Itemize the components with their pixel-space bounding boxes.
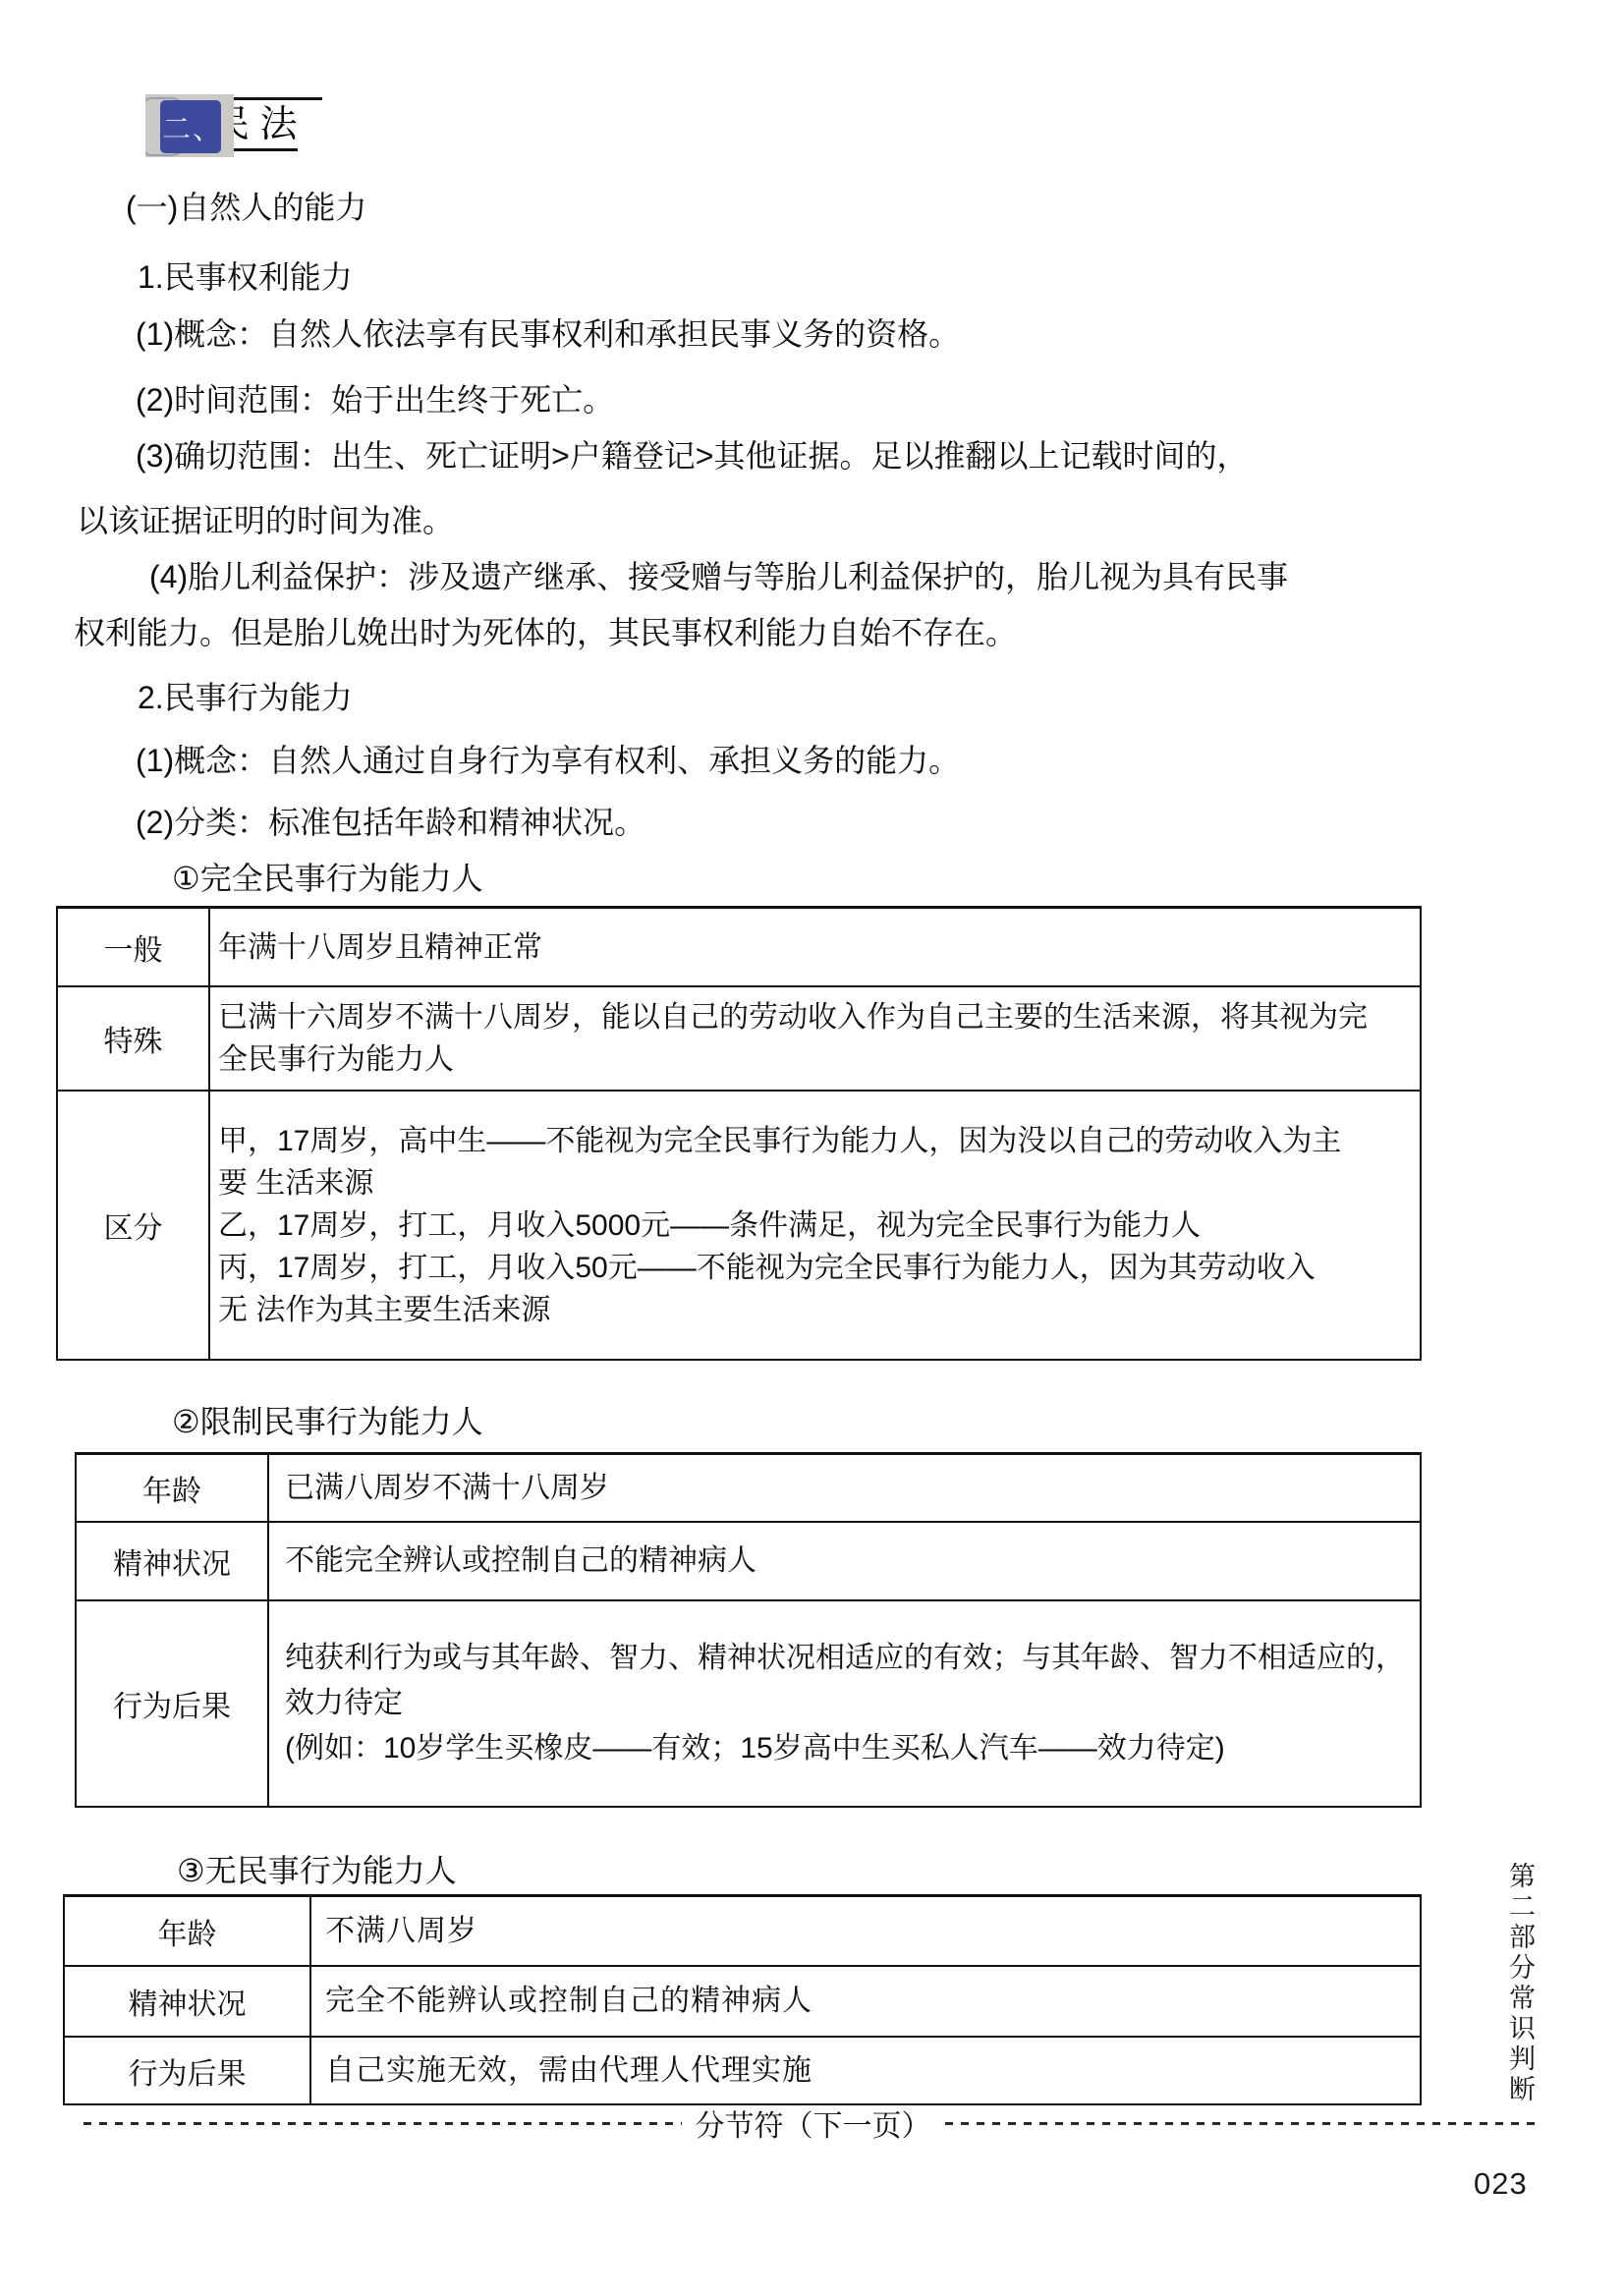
- para-conduct-classification: (2)分类：标准包括年龄和精神状况。: [136, 801, 645, 844]
- table-row: 年龄 不满八周岁: [65, 1897, 1420, 1965]
- table-no-row-mental-content: 完全不能辨认或控制自己的精神病人: [311, 1967, 1420, 2036]
- table-cell-line: 效力待定: [285, 1681, 403, 1726]
- table-cell-line: 甲，17周岁，高中生——不能视为完全民事行为能力人，因为没以自己的劳动收入为主: [218, 1120, 1341, 1162]
- table-limited-row-mental-content: 不能完全辨认或控制自己的精神病人: [269, 1523, 1420, 1599]
- table-row: 年龄 已满八周岁不满十八周岁: [77, 1455, 1420, 1521]
- table-cell-line: 不满八周岁: [325, 1910, 477, 1953]
- section-number-badge-label: 二、: [160, 100, 221, 153]
- table-cell-line: 全民事行为能力人: [218, 1038, 454, 1081]
- section-break-rule: 分节符（下一页）: [84, 2100, 1542, 2146]
- section-break-label: 分节符（下一页）: [696, 2101, 931, 2145]
- table-full-row-general-label: 一般: [58, 909, 210, 985]
- table-no-row-age-content: 不满八周岁: [311, 1897, 1420, 1965]
- para-exact-range-continuation: 以该证据证明的时间为准。: [77, 499, 454, 542]
- para-time-range: (2)时间范围：始于出生终于死亡。: [136, 378, 614, 421]
- table-no-row-mental-label: 精神状况: [65, 1967, 311, 2036]
- table-full-row-distinguish-label: 区分: [58, 1092, 210, 1359]
- table-cell-line: 乙，17周岁，打工，月收入5000元——条件满足，视为完全民事行为能力人: [218, 1204, 1201, 1247]
- table-row: 特殊 已满十六周岁不满十八周岁，能以自己的劳动收入作为自己主要的生活来源，将其视…: [58, 985, 1420, 1090]
- table-full-row-special-content: 已满十六周岁不满十八周岁，能以自己的劳动收入作为自己主要的生活来源，将其视为完全…: [210, 987, 1420, 1090]
- table-no-row-consequence-label: 行为后果: [65, 2038, 311, 2103]
- table-cell-line: 年满十八周岁且精神正常: [218, 926, 542, 969]
- table-row: 精神状况 不能完全辨认或控制自己的精神病人: [77, 1521, 1420, 1599]
- table-row: 一般 年满十八周岁且精神正常: [58, 909, 1420, 985]
- table-row: 行为后果 自己实施无效，需由代理人代理实施: [65, 2036, 1420, 2103]
- item-heading-no-capacity: ③无民事行为能力人: [177, 1849, 457, 1892]
- table-no-row-consequence-content: 自己实施无效，需由代理人代理实施: [311, 2038, 1420, 2103]
- table-cell-line: 自己实施无效，需由代理人代理实施: [325, 2049, 812, 2093]
- table-full-row-distinguish-content: 甲，17周岁，高中生——不能视为完全民事行为能力人，因为没以自己的劳动收入为主要…: [210, 1092, 1420, 1359]
- item-heading-full-capacity: ①完全民事行为能力人: [172, 857, 483, 900]
- para-exact-range: (3)确切范围：出生、死亡证明>户籍登记>其他证据。足以推翻以上记载时间的，: [136, 434, 1249, 477]
- table-full-capacity: 一般 年满十八周岁且精神正常 特殊 已满十六周岁不满十八周岁，能以自己的劳动收入…: [56, 906, 1422, 1361]
- table-limited-capacity: 年龄 已满八周岁不满十八周岁 精神状况 不能完全辨认或控制自己的精神病人 行为后…: [75, 1452, 1422, 1808]
- item-heading-limited-capacity: ②限制民事行为能力人: [172, 1400, 483, 1443]
- table-cell-line: 已满十六周岁不满十八周岁，能以自己的劳动收入作为自己主要的生活来源，将其视为完: [218, 996, 1368, 1038]
- table-limited-row-age-content: 已满八周岁不满十八周岁: [269, 1455, 1420, 1521]
- para-fetus-protection-continuation: 权利能力。但是胎儿娩出时为死体的，其民事权利能力自始不存在。: [74, 611, 1017, 654]
- section-heading-natural-person: (一)自然人的能力: [126, 186, 366, 229]
- table-row: 区分 甲，17周岁，高中生——不能视为完全民事行为能力人，因为没以自己的劳动收入…: [58, 1090, 1420, 1359]
- table-limited-row-age-label: 年龄: [77, 1455, 269, 1521]
- table-no-row-age-label: 年龄: [65, 1897, 311, 1965]
- dashed-line-right: [945, 2122, 1543, 2125]
- table-cell-line: (例如：10岁学生买橡皮——有效；15岁高中生买私人汽车——效力待定): [285, 1726, 1225, 1771]
- table-limited-row-consequence-label: 行为后果: [77, 1601, 269, 1806]
- table-cell-line: 不能完全辨认或控制自己的精神病人: [285, 1539, 756, 1584]
- table-limited-row-consequence-content: 纯获利行为或与其年龄、智力、精神状况相适应的有效；与其年龄、智力不相适应的，效力…: [269, 1601, 1420, 1806]
- side-part-label: 第二部分常识判断: [1501, 1862, 1540, 2105]
- table-cell-line: 已满八周岁不满十八周岁: [285, 1466, 609, 1511]
- document-page: 民 法 二、 (一)自然人的能力 1.民事权利能力 (1)概念：自然人依法享有民…: [0, 0, 1624, 2296]
- para-conduct-concept: (1)概念：自然人通过自身行为享有权利、承担义务的能力。: [136, 739, 960, 782]
- table-full-row-special-label: 特殊: [58, 987, 210, 1090]
- table-full-row-general-content: 年满十八周岁且精神正常: [210, 909, 1420, 985]
- table-cell-line: 丙，17周岁，打工，月收入50元——不能视为完全民事行为能力人，因为其劳动收入: [218, 1247, 1316, 1289]
- table-row: 精神状况 完全不能辨认或控制自己的精神病人: [65, 1965, 1420, 2036]
- table-cell-line: 无 法作为其主要生活来源: [218, 1289, 550, 1331]
- table-limited-row-mental-label: 精神状况: [77, 1523, 269, 1599]
- para-fetus-protection: (4)胎儿利益保护：涉及遗产继承、接受赠与等胎儿利益保护的，胎儿视为具有民事: [149, 555, 1288, 598]
- para-concept: (1)概念：自然人依法享有民事权利和承担民事义务的资格。: [136, 312, 960, 356]
- table-row: 行为后果 纯获利行为或与其年龄、智力、精神状况相适应的有效；与其年龄、智力不相适…: [77, 1599, 1420, 1806]
- page-number: 023: [1474, 2166, 1528, 2202]
- table-no-capacity: 年龄 不满八周岁 精神状况 完全不能辨认或控制自己的精神病人 行为后果 自己实施…: [63, 1894, 1422, 2105]
- dashed-line-left: [84, 2122, 682, 2125]
- subsection-heading-civil-rights: 1.民事权利能力: [138, 255, 353, 299]
- table-cell-line: 要 生活来源: [218, 1162, 373, 1204]
- table-cell-line: 纯获利行为或与其年龄、智力、精神状况相适应的有效；与其年龄、智力不相适应的，: [285, 1636, 1405, 1681]
- table-cell-line: 完全不能辨认或控制自己的精神病人: [325, 1980, 812, 2023]
- subsection-heading-civil-conduct: 2.民事行为能力: [138, 676, 353, 719]
- section-number-badge: 二、: [145, 94, 234, 157]
